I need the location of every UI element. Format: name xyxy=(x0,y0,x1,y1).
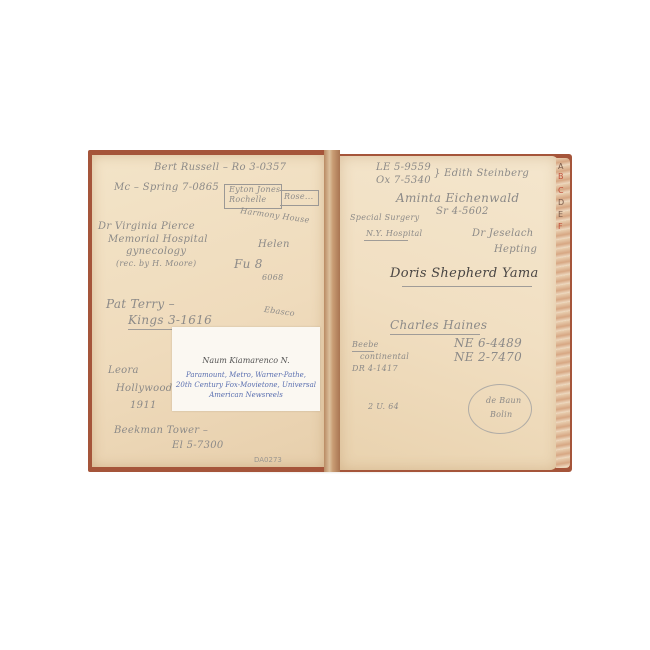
card-name: Naum Kiamarenco N. xyxy=(172,356,320,365)
entry: Pat Terry – xyxy=(106,297,175,311)
entry: Helen xyxy=(258,239,290,250)
entry: Sr 4-5602 xyxy=(436,206,489,217)
card-line: 20th Century Fox-Movietone, Universal xyxy=(172,381,320,389)
entry: LE 5-9559 xyxy=(376,162,431,173)
entry: Ox 7-5340 xyxy=(376,175,431,186)
entry: Charles Haines xyxy=(390,318,487,332)
entry: Memorial Hospital xyxy=(108,234,208,245)
entry: gynecology xyxy=(126,246,186,257)
left-page: Bert Russell – Ro 3-0357 Mc – Spring 7-0… xyxy=(92,155,324,467)
entry: Beebe xyxy=(352,340,379,349)
index-tab[interactable]: B xyxy=(558,172,564,181)
underline xyxy=(364,240,408,241)
entry: Kings 3-1616 xyxy=(128,313,212,327)
entry: NE 2-7470 xyxy=(454,350,522,364)
entry: } Edith Steinberg xyxy=(434,168,529,179)
entry: Beekman Tower – xyxy=(114,425,208,436)
boxed-note-side-text: Rose... xyxy=(284,192,313,201)
index-tab[interactable]: E xyxy=(558,210,563,219)
entry: 1911 xyxy=(130,400,157,411)
address-book: Bert Russell – Ro 3-0357 Mc – Spring 7-0… xyxy=(88,150,574,472)
entry: Ebasco xyxy=(264,305,296,318)
boxed-note-line2: Rochelle xyxy=(229,195,266,204)
entry: El 5-7300 xyxy=(172,440,224,451)
entry: (rec. by H. Moore) xyxy=(116,259,196,268)
underline xyxy=(390,334,480,335)
entry: DR 4-1417 xyxy=(352,364,398,373)
index-tab[interactable]: F xyxy=(558,222,563,231)
entry: 2 U. 64 xyxy=(368,402,399,411)
entry: Dr Jeselach xyxy=(472,228,533,239)
entry: Doris Shepherd Yama xyxy=(390,266,539,281)
card-line: Paramount, Metro, Warner-Pathe, xyxy=(172,371,320,379)
book-spine xyxy=(324,150,340,472)
entry: Aminta Eichenwald xyxy=(396,191,519,205)
entry: Hepting xyxy=(494,244,537,255)
entry: Bolin xyxy=(490,410,512,419)
index-tabs: A B C D E F xyxy=(556,158,570,468)
entry: N.Y. Hospital xyxy=(366,229,422,238)
entry: Leora xyxy=(108,365,139,376)
index-tab[interactable]: D xyxy=(558,198,564,207)
underline xyxy=(402,286,532,287)
entry: NE 6-4489 xyxy=(454,336,522,350)
index-tab[interactable]: C xyxy=(558,186,564,195)
card-line: American Newsreels xyxy=(172,391,320,399)
circled-note xyxy=(468,384,532,434)
entry: 6068 xyxy=(262,273,284,282)
entry: continental xyxy=(360,352,409,361)
entry: Hollywood xyxy=(116,383,173,394)
entry: de Baun xyxy=(486,396,521,405)
entry: Fu 8 xyxy=(234,257,263,271)
index-tab[interactable]: A xyxy=(558,162,563,171)
entry: Mc – Spring 7-0865 xyxy=(114,182,219,193)
business-card: Naum Kiamarenco N. Paramount, Metro, War… xyxy=(172,327,320,411)
entry: Dr Virginia Pierce xyxy=(98,221,195,232)
catalog-number: DA0273 xyxy=(254,456,282,464)
boxed-note-line1: Eyton Jones xyxy=(229,185,280,194)
entry: Special Surgery xyxy=(350,213,419,222)
entry: Bert Russell – Ro 3-0357 xyxy=(154,162,286,173)
right-page: LE 5-9559 Ox 7-5340 } Edith Steinberg Am… xyxy=(340,156,558,470)
